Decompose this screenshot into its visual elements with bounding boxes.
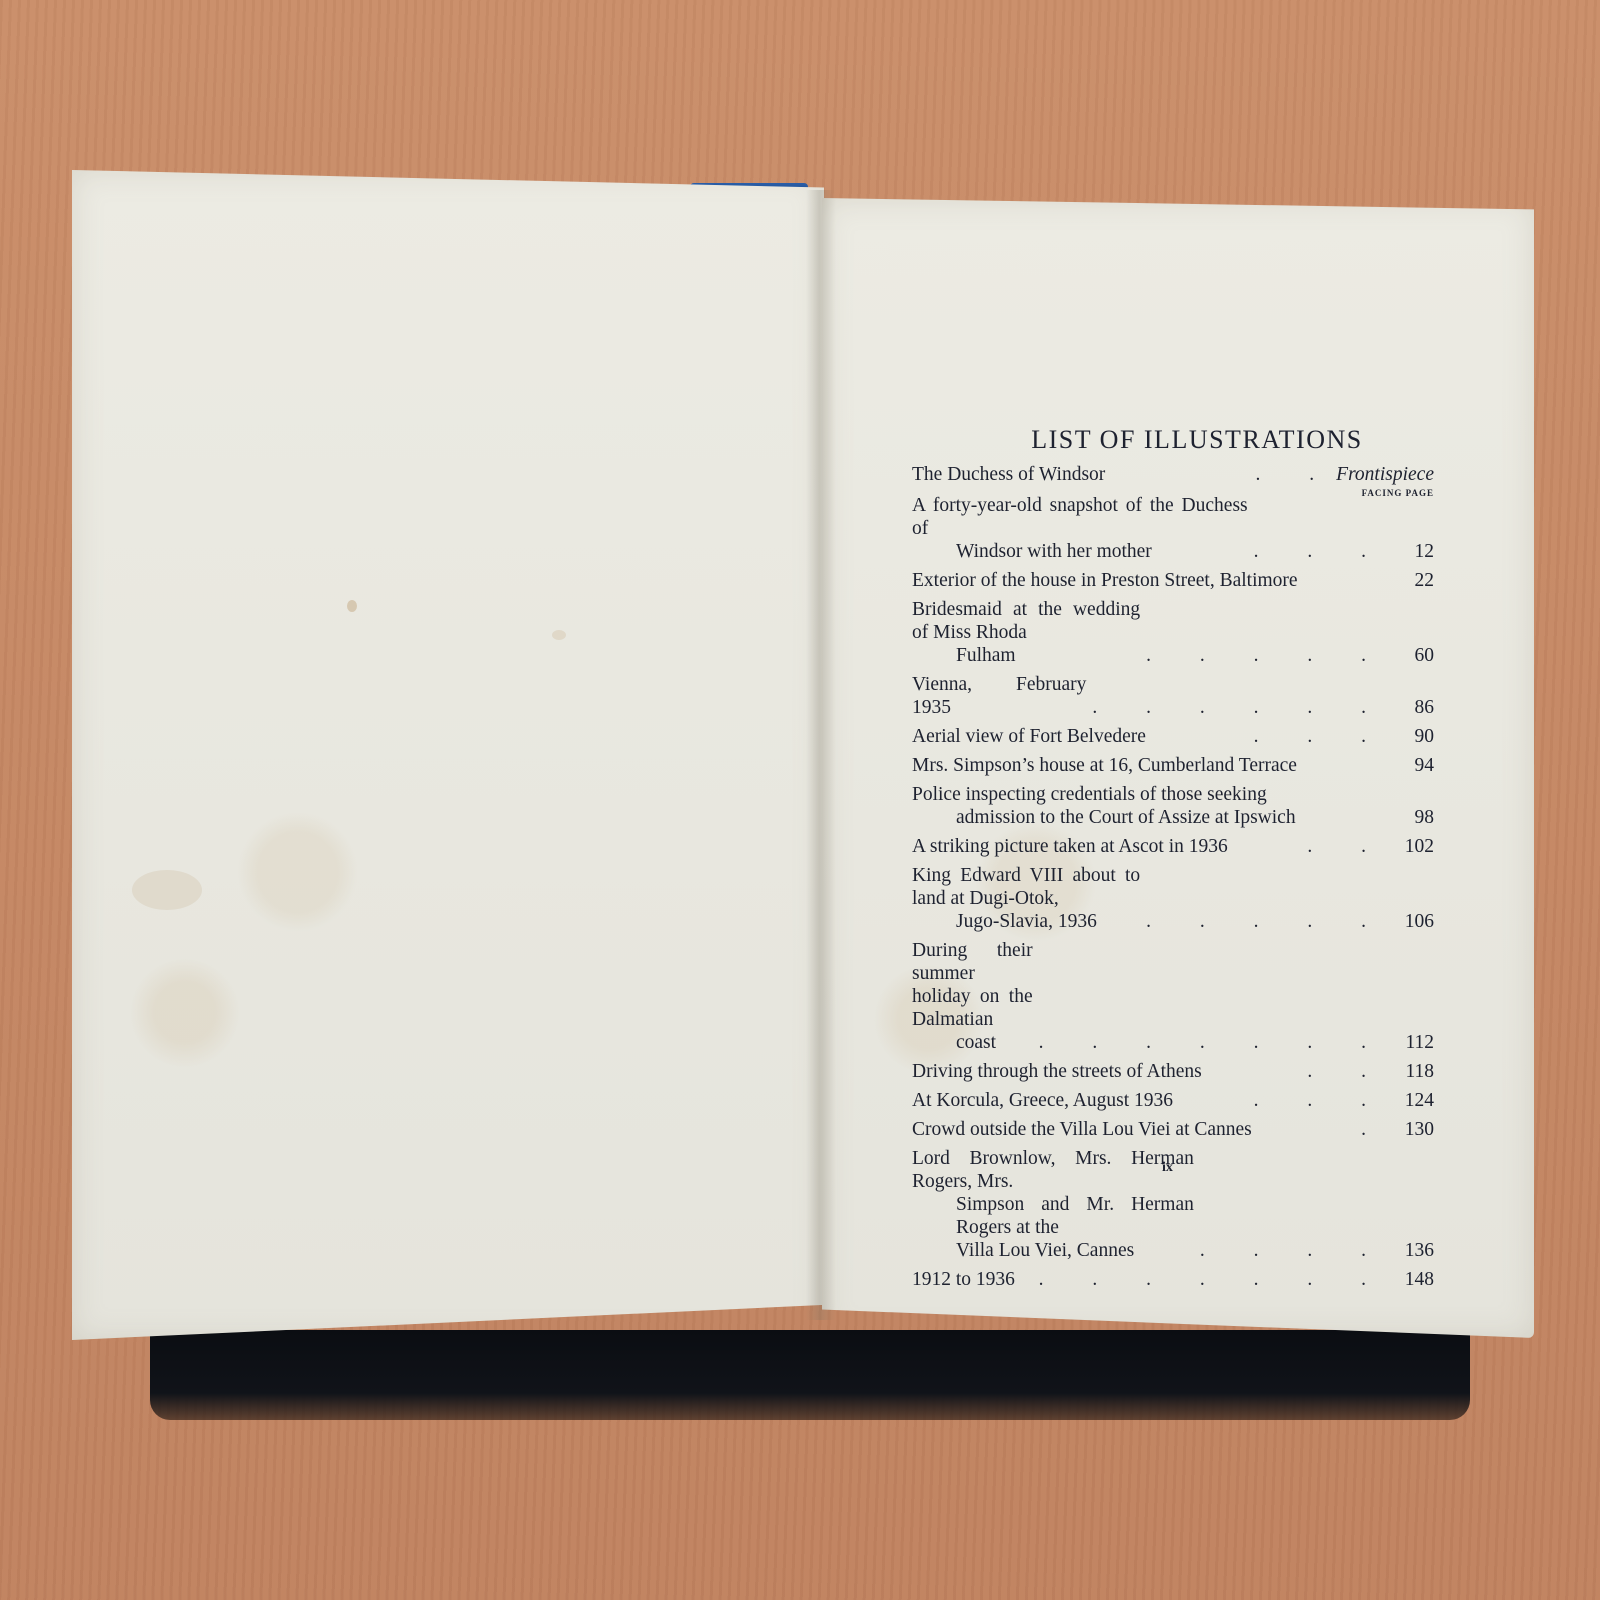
leader-dots: . <box>1355 1118 1388 1141</box>
caption-line: Vienna, February 1935 <box>912 674 1086 718</box>
leader-dots: . . <box>1301 835 1388 858</box>
page-ref: 130 <box>1388 1118 1434 1141</box>
toc-entry: 1912 to 1936. . . . . . .148 <box>912 1268 1434 1291</box>
caption-continuation: coast <box>912 1031 1033 1054</box>
page-ref: 86 <box>1388 696 1434 719</box>
page-ref: 90 <box>1388 725 1434 748</box>
foxing-spot <box>347 600 357 612</box>
caption-line: A striking picture taken at Ascot in 193… <box>912 836 1228 857</box>
toc-entry: Bridesmaid at the wedding of Miss RhodaF… <box>912 598 1434 667</box>
page-ref: 148 <box>1388 1268 1434 1291</box>
caption-continuation: admission to the Court of Assize at Ipsw… <box>912 806 1382 829</box>
frontispiece-label: Frontispiece <box>1336 463 1434 486</box>
leader-dots: . . . . . . . <box>1033 1031 1388 1054</box>
left-page-blank <box>72 170 824 1340</box>
leader-dots: . . . <box>1248 725 1388 748</box>
foxing-spot <box>132 870 202 910</box>
caption-line: During their summer holiday on the Dalma… <box>912 940 1033 1030</box>
caption-line: King Edward VIII about to land at Dugi-O… <box>912 865 1140 909</box>
page-ref: 106 <box>1388 910 1434 933</box>
page-ref: 12 <box>1388 540 1434 563</box>
book-cover-shadow <box>150 1330 1470 1420</box>
caption-line: At Korcula, Greece, August 1936 <box>912 1090 1173 1111</box>
leader-dots: . . <box>1301 1060 1388 1083</box>
caption-line: 1912 to 1936 <box>912 1269 1015 1290</box>
toc-entry: King Edward VIII about to land at Dugi-O… <box>912 864 1434 933</box>
caption-line: Aerial view of Fort Belvedere <box>912 726 1146 747</box>
toc-entry: During their summer holiday on the Dalma… <box>912 939 1434 1054</box>
foxing-spot <box>552 630 566 640</box>
leader-dots: . . . . . <box>1140 644 1388 667</box>
caption-line: Bridesmaid at the wedding of Miss Rhoda <box>912 599 1140 643</box>
caption-line: Driving through the streets of Athens <box>912 1061 1202 1082</box>
leader-dots: . . . . . . <box>1086 696 1388 719</box>
toc-entry-frontispiece: The Duchess of Windsor . . Frontispiece <box>912 463 1434 486</box>
caption-continuation: Windsor with her mother <box>912 540 1248 563</box>
toc-entry: Vienna, February 1935. . . . . .86 <box>912 673 1434 719</box>
caption-continuation: Villa Lou Viei, Cannes <box>912 1239 1194 1262</box>
caption-continuation: Jugo-Slavia, 1936 <box>912 910 1140 933</box>
page-ref: 22 <box>1388 569 1434 592</box>
page-ref: 94 <box>1388 754 1434 777</box>
caption-line: A forty-year-old snapshot of the Duchess… <box>912 495 1248 539</box>
toc-entry: Mrs. Simpson’s house at 16, Cumberland T… <box>912 754 1434 777</box>
toc-entry: Exterior of the house in Preston Street,… <box>912 569 1434 592</box>
page-ref: 98 <box>1388 806 1434 829</box>
leader-dots: . . . . . <box>1140 910 1388 933</box>
toc-entry: Aerial view of Fort Belvedere. . .90 <box>912 725 1434 748</box>
page-ref: 124 <box>1388 1089 1434 1112</box>
leader-dots: . . . <box>1248 1089 1388 1112</box>
page-number: ix <box>1162 1160 1173 1176</box>
leader-dots: . . . <box>1248 540 1388 563</box>
toc-entry: A striking picture taken at Ascot in 193… <box>912 835 1434 858</box>
page-ref: 60 <box>1388 644 1434 667</box>
toc-entry: Lord Brownlow, Mrs. Herman Rogers, Mrs.S… <box>912 1147 1434 1262</box>
leader-dots: . . . . . . . <box>1033 1268 1388 1291</box>
caption-continuation: Fulham <box>912 644 1140 667</box>
caption-line: Crowd outside the Villa Lou Viei at Cann… <box>912 1119 1252 1140</box>
list-of-illustrations: LIST OF ILLUSTRATIONS The Duchess of Win… <box>912 425 1434 1297</box>
caption-line: Exterior of the house in Preston Street,… <box>912 570 1298 591</box>
toc-entry: Crowd outside the Villa Lou Viei at Cann… <box>912 1118 1434 1141</box>
page-ref: 102 <box>1388 835 1434 858</box>
caption-line: Lord Brownlow, Mrs. Herman Rogers, Mrs. <box>912 1148 1194 1192</box>
book-gutter <box>806 190 836 1320</box>
toc-entry: A forty-year-old snapshot of the Duchess… <box>912 494 1434 563</box>
toc-entry: Driving through the streets of Athens. .… <box>912 1060 1434 1083</box>
page-ref: 118 <box>1388 1060 1434 1083</box>
caption-line: Mrs. Simpson’s house at 16, Cumberland T… <box>912 755 1297 776</box>
page-title: LIST OF ILLUSTRATIONS <box>960 425 1434 455</box>
caption-continuation: Simpson and Mr. Herman Rogers at the <box>912 1193 1194 1239</box>
page-ref: 112 <box>1388 1031 1434 1054</box>
page-ref: 136 <box>1388 1239 1434 1262</box>
toc-entry: At Korcula, Greece, August 1936. . .124 <box>912 1089 1434 1112</box>
leader-dots: . . . . <box>1194 1239 1388 1262</box>
toc-entry: Police inspecting credentials of those s… <box>912 783 1434 829</box>
caption-line: Police inspecting credentials of those s… <box>912 784 1267 805</box>
